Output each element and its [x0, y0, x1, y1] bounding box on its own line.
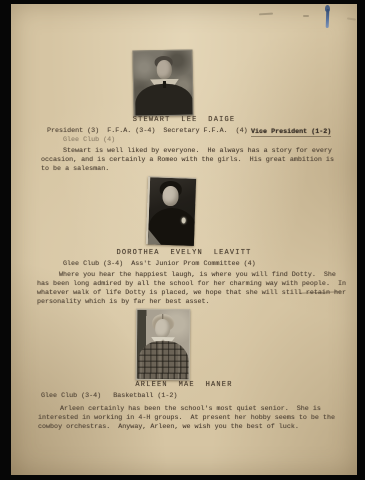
student-bio: Stewart is well liked by everyone. He al… — [41, 147, 341, 174]
student-activities: Glee Club (3-4) Basketball (1-2) — [41, 392, 177, 400]
portrait-photo-dorothea — [146, 176, 196, 246]
portrait-sweater — [135, 83, 194, 116]
pencil-smudge — [303, 15, 309, 17]
student-name: STEWART LEE DAIGE — [11, 116, 357, 124]
portrait-face — [155, 319, 170, 338]
student-bio: Where you hear the happiest laugh, is wh… — [37, 271, 347, 307]
portrait-photo-stewart — [132, 49, 193, 116]
student-activities-line2: Glee Club (4) — [63, 136, 115, 144]
pencil-smudge — [259, 13, 273, 15]
portrait-face — [157, 60, 172, 79]
portrait-plaid-dress — [138, 341, 189, 380]
scanned-page-canvas: STEWART LEE DAIGE President (3) F.F.A. (… — [0, 0, 365, 480]
student-name: ARLEEN MAE HANER — [11, 381, 357, 389]
portrait-face — [162, 186, 179, 207]
pencil-smudge — [347, 17, 356, 20]
portrait-tie — [163, 81, 166, 88]
yearbook-page: STEWART LEE DAIGE President (3) F.F.A. (… — [11, 4, 357, 475]
student-bio: Arleen certainly has been the school's m… — [38, 405, 346, 432]
pen-mark-icon — [323, 5, 332, 31]
student-activities: Glee Club (3-4) Ass't Junior Prom Commit… — [63, 260, 256, 268]
student-activities-right: Vice President (1-2) — [251, 128, 331, 137]
student-activities: President (3) F.F.A. (3-4) Secretary F.F… — [47, 127, 268, 135]
student-name: DOROTHEA EVELYN LEAVITT — [11, 249, 357, 257]
portrait-photo-arleen — [136, 309, 191, 380]
pen-mark-icon — [326, 9, 330, 28]
